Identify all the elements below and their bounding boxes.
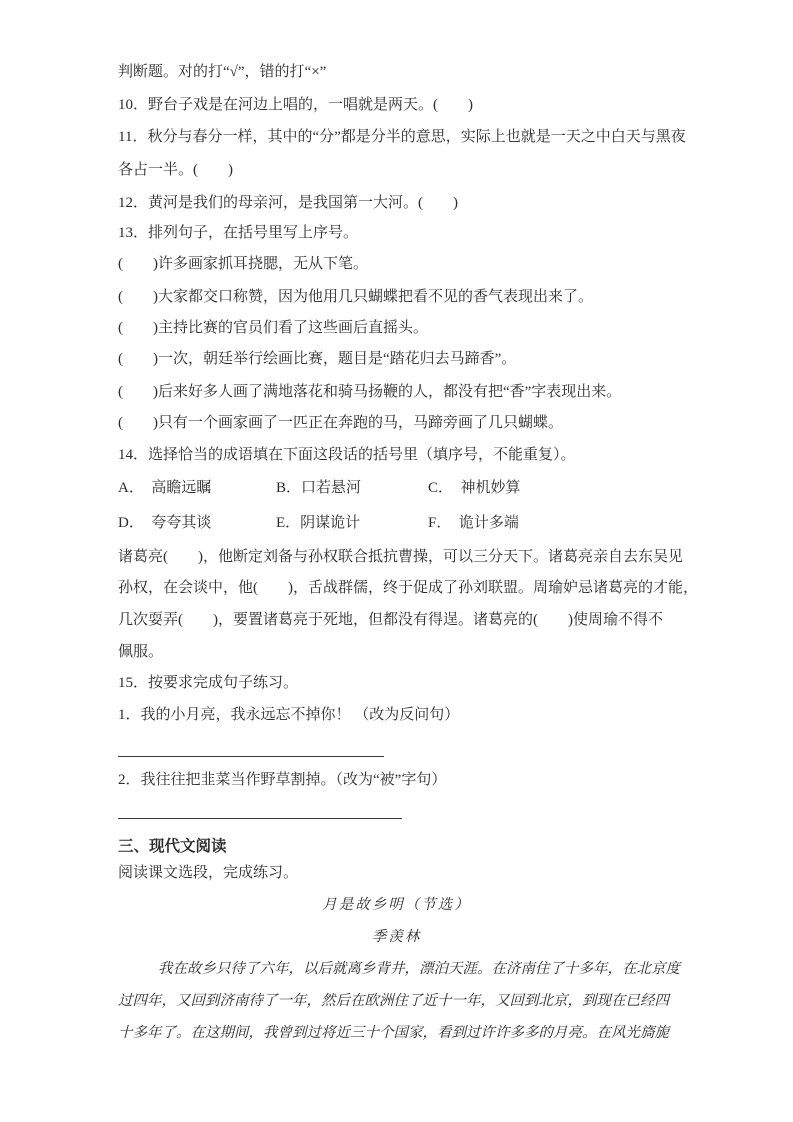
reading-passage-line-2: 过四年，又回到济南待了一年，然后在欧洲住了近十一年，又回到北京，到现在已经四 — [118, 990, 669, 1012]
option-a: A． 高瞻远瞩 — [118, 477, 211, 499]
option-c: C． 神机妙算 — [428, 477, 521, 499]
reading-passage-author: 季羡林 — [0, 926, 793, 948]
question-15-sub-1: 1．我的小月亮，我永远忘不掉你！ （改为反问句） — [118, 704, 459, 726]
question-13-item-6: ( )只有一个画家画了一匹正在奔跑的马，马蹄旁画了几只蝴蝶。 — [118, 412, 563, 434]
question-13-stem: 13．排列句子，在括号里写上序号。 — [118, 222, 358, 244]
question-14-passage-line1: 诸葛亮( )，他断定刘备与孙权联合抵抗曹操，可以三分天下。诸葛亮亲自去东吴见 — [118, 546, 683, 568]
option-f: F． 诡计多端 — [428, 512, 519, 534]
question-14-stem: 14．选择恰当的成语填在下面这段话的括号里（填序号，不能重复）。 — [118, 444, 576, 466]
question-15-sub-2: 2．我往往把韭菜当作野草割掉。（改为“被”字句） — [118, 769, 446, 791]
judge-section-intro: 判断题。对的打“√”，错的打“×” — [118, 61, 326, 83]
idiom-options-row-2: D． 夸夸其谈 E．阴谋诡计 F． 诡计多端 — [118, 512, 664, 534]
reading-passage-title: 月是故乡明（节选） — [0, 894, 793, 916]
question-13-item-5: ( )后来好多人画了满地落花和骑马扬鞭的人，都没有把“香”字表现出来。 — [118, 381, 621, 403]
question-11-line1: 11．秋分与春分一样，其中的“分”都是分半的意思，实际上也就是一天之中白天与黑夜 — [118, 126, 686, 148]
worksheet-page: 判断题。对的打“√”，错的打“×” 10．野台子戏是在河边上唱的，一唱就是两天。… — [0, 0, 793, 1122]
option-d: D． 夸夸其谈 — [118, 512, 211, 534]
question-14-passage-line4: 佩服。 — [118, 641, 163, 663]
reading-passage-line-1: 我在故乡只待了六年，以后就离乡背井，漂泊天涯。在济南住了十多年，在北京度 — [118, 958, 680, 980]
option-e: E．阴谋诡计 — [276, 512, 360, 534]
option-b: B．口若悬河 — [276, 477, 361, 499]
answer-blank-line-1 — [118, 756, 384, 757]
section-3-heading: 三、现代文阅读 — [118, 836, 227, 858]
idiom-options-row-1: A． 高瞻远瞩 B．口若悬河 C． 神机妙算 — [118, 477, 664, 499]
answer-blank-line-2 — [118, 818, 402, 819]
reading-instruction: 阅读课文选段，完成练习。 — [118, 862, 298, 884]
question-15-stem: 15．按要求完成句子练习。 — [118, 672, 298, 694]
reading-passage-line-3: 十多年了。在这期间，我曾到过将近三十个国家，看到过许许多多的月亮。在风光旖旎 — [118, 1022, 669, 1044]
question-14-passage-line3: 几次耍弄( )，要置诸葛亮于死地，但都没有得逞。诸葛亮的( )使周瑜不得不 — [118, 609, 663, 631]
question-11-line2: 各占一半。( ) — [118, 159, 233, 181]
question-12: 12．黄河是我们的母亲河，是我国第一大河。( ) — [118, 192, 458, 214]
question-13-item-4: ( )一次，朝廷举行绘画比赛，题目是“踏花归去马蹄香”。 — [118, 348, 516, 370]
question-10: 10．野台子戏是在河边上唱的，一唱就是两天。( ) — [118, 94, 473, 116]
question-13-item-2: ( )大家都交口称赞，因为他用几只蝴蝶把看不见的香气表现出来了。 — [118, 286, 593, 308]
question-14-passage-line2: 孙权，在会谈中，他( )，舌战群儒，终于促成了孙刘联盟。周瑜妒忌诸葛亮的才能， — [118, 577, 698, 599]
question-13-item-1: ( )许多画家抓耳挠腮，无从下笔。 — [118, 253, 368, 275]
question-13-item-3: ( )主持比赛的官员们看了这些画后直摇头。 — [118, 317, 428, 339]
